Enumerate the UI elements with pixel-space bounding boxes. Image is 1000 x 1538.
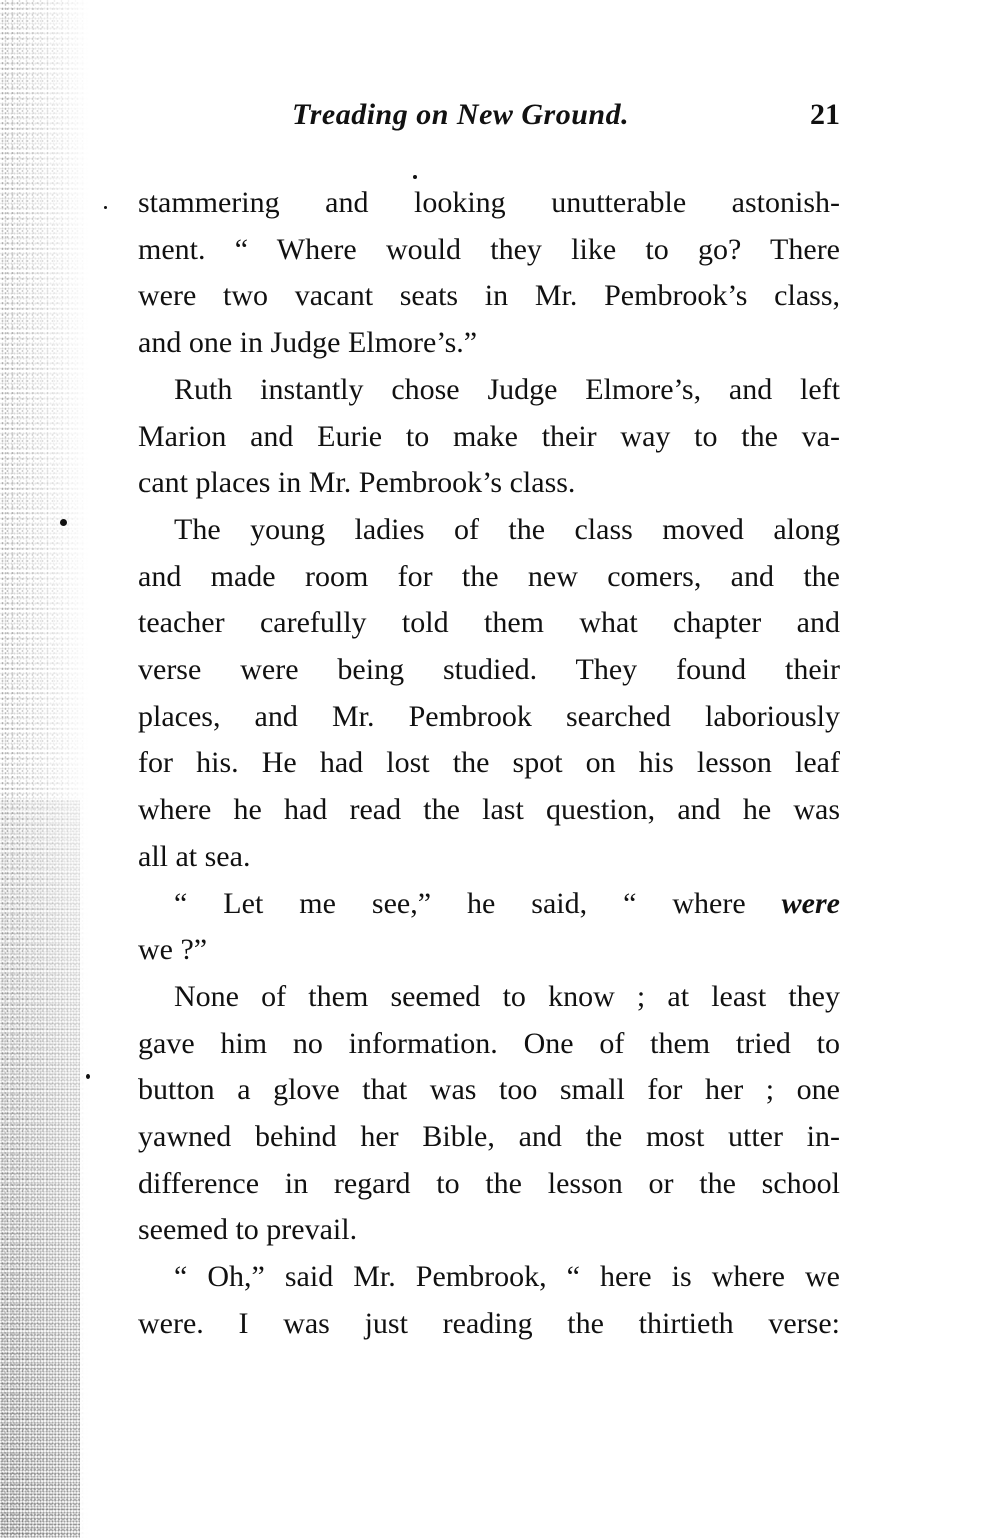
text-line: verse were being studied. They found the… xyxy=(138,647,840,694)
text-line-content: verse were being studied. They found the… xyxy=(138,653,840,686)
ink-speck xyxy=(86,1074,90,1079)
text-line: gave him no information. One of them tri… xyxy=(138,1021,840,1068)
text-line: Ruth instantly chose Judge Elmore’s, and… xyxy=(138,367,840,414)
text-line-content: ment. “ Where would they like to go? The… xyxy=(138,233,840,266)
text-line-content: for his. He had lost the spot on his les… xyxy=(138,746,840,779)
running-title: Treading on New Ground. xyxy=(292,98,629,132)
emphasized-word: were xyxy=(782,887,840,920)
text-line: we ?” xyxy=(138,927,840,974)
text-line: The young ladies of the class moved alon… xyxy=(138,507,840,554)
text-line-content: all at sea. xyxy=(138,840,250,873)
text-line: and one in Judge Elmore’s.” xyxy=(138,320,840,367)
text-line: places, and Mr. Pembrook searched labori… xyxy=(138,694,840,741)
text-line-content: were. I was just reading the thirtieth v… xyxy=(138,1307,840,1340)
text-line-content: “ Let me see,” he said, “ where xyxy=(174,887,746,920)
text-line-content: where he had read the last question, and… xyxy=(138,793,840,826)
text-line: seemed to prevail. xyxy=(138,1207,840,1254)
text-line: for his. He had lost the spot on his les… xyxy=(138,740,840,787)
text-line: “ Oh,” said Mr. Pembrook, “ here is wher… xyxy=(138,1254,840,1301)
text-line-content: button a glove that was too small for he… xyxy=(138,1073,840,1106)
text-line: were two vacant seats in Mr. Pembrook’s … xyxy=(138,273,840,320)
text-line-content: Ruth instantly chose Judge Elmore’s, and… xyxy=(174,373,840,406)
text-line-content: difference in regard to the lesson or th… xyxy=(138,1167,840,1200)
text-line: cant places in Mr. Pembrook’s class. xyxy=(138,460,840,507)
text-line: None of them seemed to know ; at least t… xyxy=(138,974,840,1021)
text-line-content: and one in Judge Elmore’s.” xyxy=(138,326,477,359)
text-line-content: None of them seemed to know ; at least t… xyxy=(174,980,840,1013)
text-line: and made room for the new comers, and th… xyxy=(138,554,840,601)
text-line-content: were two vacant seats in Mr. Pembrook’s … xyxy=(138,279,840,312)
text-line: were. I was just reading the thirtieth v… xyxy=(138,1301,840,1348)
text-line-content: gave him no information. One of them tri… xyxy=(138,1027,840,1060)
text-line-content: Marion and Eurie to make their way to th… xyxy=(138,420,840,453)
text-line: “ Let me see,” he said, “ where were xyxy=(138,881,840,928)
ink-speck xyxy=(413,175,417,179)
text-line-content: and made room for the new comers, and th… xyxy=(138,560,840,593)
text-line-content: cant places in Mr. Pembrook’s class. xyxy=(138,466,575,499)
text-line: Marion and Eurie to make their way to th… xyxy=(138,414,840,461)
scan-gutter-noise-dense xyxy=(0,800,80,1538)
text-line-content: The young ladies of the class moved alon… xyxy=(174,513,840,546)
text-line: where he had read the last question, and… xyxy=(138,787,840,834)
text-line: yawned behind her Bible, and the most ut… xyxy=(138,1114,840,1161)
text-line: ment. “ Where would they like to go? The… xyxy=(138,227,840,274)
page-header: Treading on New Ground. 21 xyxy=(292,98,840,142)
text-line: teacher carefully told them what chapter… xyxy=(138,600,840,647)
text-line: difference in regard to the lesson or th… xyxy=(138,1161,840,1208)
ink-speck xyxy=(104,206,107,209)
text-line: all at sea. xyxy=(138,834,840,881)
text-line-content: stammering and looking unutterable aston… xyxy=(138,186,840,219)
ink-speck xyxy=(60,519,67,526)
text-line-content: seemed to prevail. xyxy=(138,1213,357,1246)
text-line-content: we ?” xyxy=(138,933,207,966)
text-line-content: yawned behind her Bible, and the most ut… xyxy=(138,1120,840,1153)
text-line-content: teacher carefully told them what chapter… xyxy=(138,606,840,639)
text-line-content: places, and Mr. Pembrook searched labori… xyxy=(138,700,840,733)
page-number: 21 xyxy=(810,98,840,132)
text-line: stammering and looking unutterable aston… xyxy=(138,180,840,227)
text-line-content: “ Oh,” said Mr. Pembrook, “ here is wher… xyxy=(174,1260,840,1293)
text-line: button a glove that was too small for he… xyxy=(138,1067,840,1114)
